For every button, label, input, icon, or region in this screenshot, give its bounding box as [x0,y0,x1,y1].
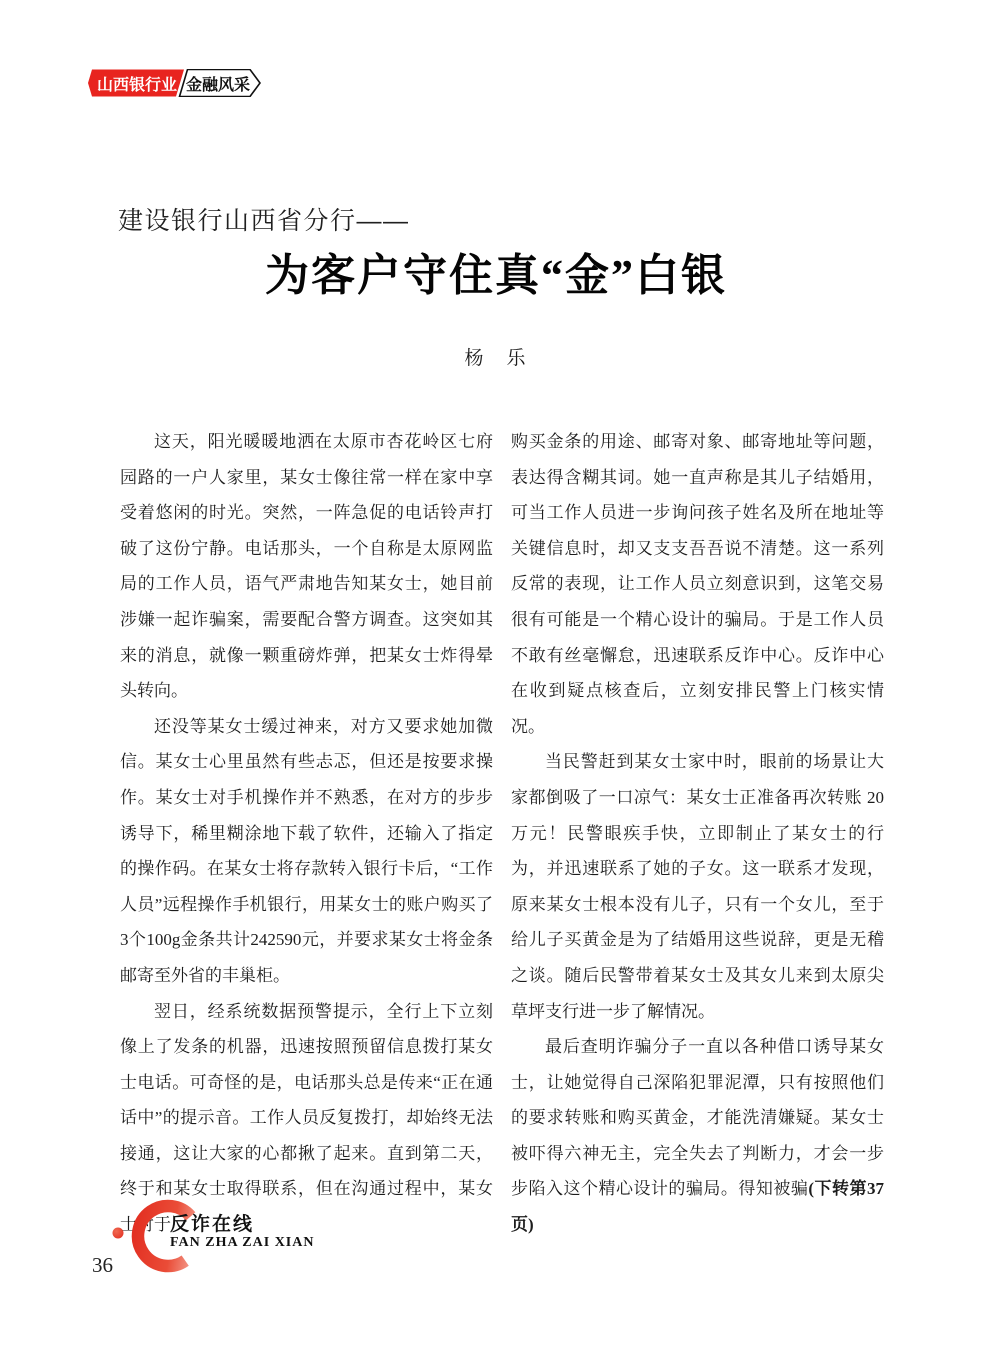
section-tag-banner-icon: 山西银行业 金融风采 [88,69,264,97]
logo-pinyin: FAN ZHA ZAI XIAN [170,1235,314,1251]
paragraph-5-text: 最后查明诈骗分子一直以各种借口诱导某女士，让她觉得自己深陷犯罪泥潭，只有按照他们… [511,1037,884,1198]
red-dot-shape [113,1228,124,1239]
paragraph-4: 当民警赶到某女士家中时，眼前的场景让大家都倒吸了一口凉气：某女士正准备再次转账 … [511,744,884,1029]
paragraph-1: 这天，阳光暖暖地洒在太原市杏花岭区七府园路的一户人家里，某女士像往常一样在家中享… [120,424,493,709]
right-column: 购买金条的用途、邮寄对象、邮寄地址等问题，表达得含糊其词。她一直声称是其儿子结婚… [511,424,884,1243]
page-number: 36 [92,1253,113,1278]
logo-title: 反诈在线 [170,1209,254,1236]
article-kicker: 建设银行山西省分行—— [118,206,410,237]
left-column: 这天，阳光暖暖地洒在太原市杏花岭区七府园路的一户人家里，某女士像往常一样在家中享… [120,424,493,1243]
tag-column-label: 金融风采 [186,75,250,94]
magazine-section-tag: 山西银行业 金融风采 [88,69,264,102]
tag-region-label: 山西银行业 [97,75,177,94]
paragraph-5: 最后查明诈骗分子一直以各种借口诱导某女士，让她觉得自己深陷犯罪泥潭，只有按照他们… [511,1029,884,1243]
article-body: 这天，阳光暖暖地洒在太原市杏花岭区七府园路的一户人家里，某女士像往常一样在家中享… [120,424,884,1243]
magazine-page: { "page_tag": { "region": "山西银行业", "colu… [0,0,992,1346]
article-author: 杨 乐 [0,343,992,370]
paragraph-2: 还没等某女士缓过神来，对方又要求她加微信。某女士心里虽然有些忐忑，但还是按要求操… [120,709,493,994]
paragraph-3-continued: 购买金条的用途、邮寄对象、邮寄地址等问题，表达得含糊其词。她一直声称是其儿子结婚… [511,424,884,744]
article-title: 为客户守住真“金”白银 [0,247,992,305]
